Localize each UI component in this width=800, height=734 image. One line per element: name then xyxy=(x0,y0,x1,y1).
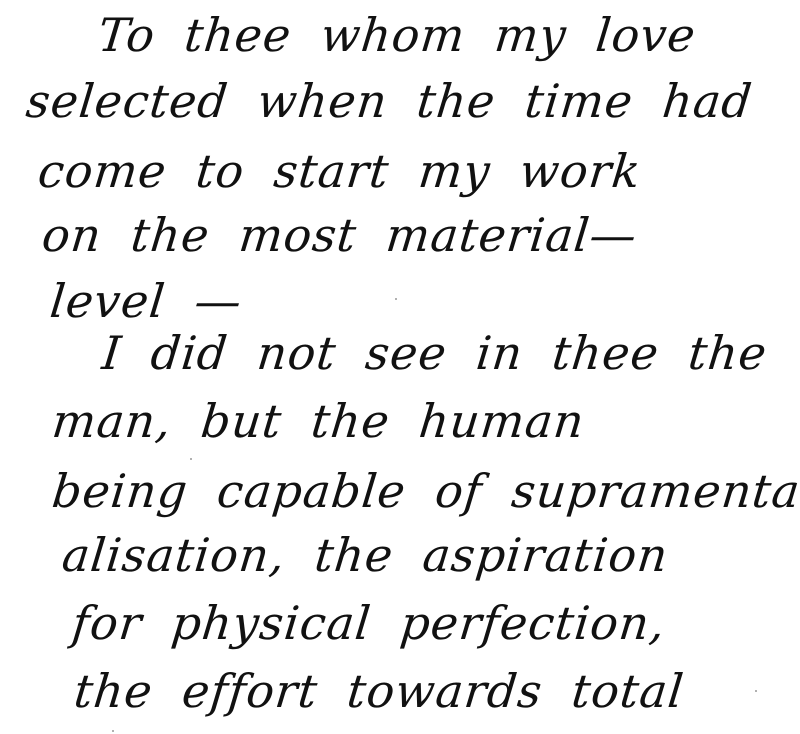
handwriting-line: man, but the human xyxy=(50,398,587,444)
handwriting-line: being capable of supramental- xyxy=(50,468,800,514)
handwriting-line: level — xyxy=(48,278,244,324)
handwriting-line: selected when the time had xyxy=(24,78,755,124)
handwriting-line: the effort towards total xyxy=(72,668,686,714)
handwriting-line: I did not see in thee the xyxy=(100,330,769,376)
handwriting-line: for physical perfection, xyxy=(70,600,668,646)
handwriting-line: on the most material— xyxy=(40,212,639,258)
paper-speck xyxy=(395,298,397,300)
handwriting-line: To thee whom my love xyxy=(96,12,698,58)
paper-speck xyxy=(190,458,192,460)
paper-speck xyxy=(755,690,757,692)
handwriting-line: alisation, the aspiration xyxy=(60,532,671,578)
handwritten-page: To thee whom my love selected when the t… xyxy=(0,0,800,734)
handwriting-line: come to start my work xyxy=(36,148,643,194)
paper-speck xyxy=(112,730,114,732)
